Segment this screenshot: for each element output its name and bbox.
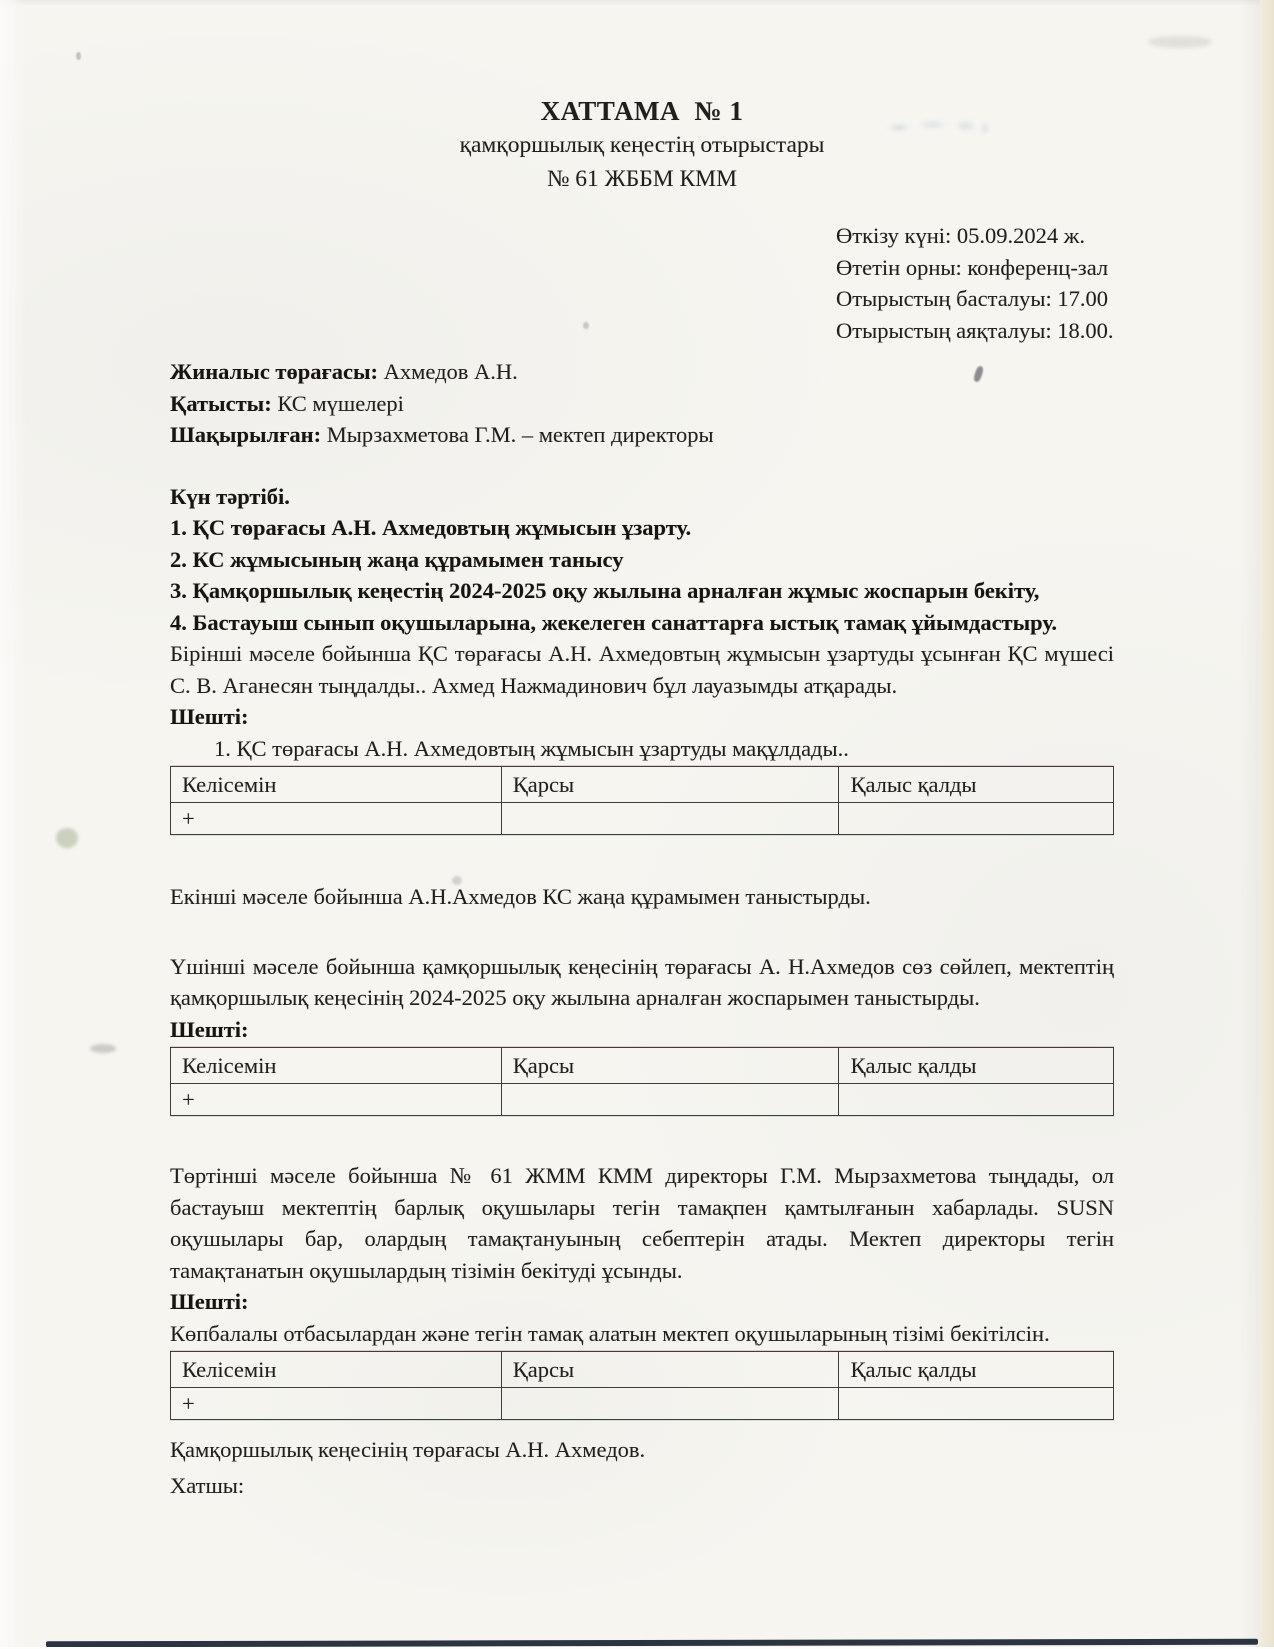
vote-table-2-header-against: Қарсы	[501, 1048, 839, 1084]
vote-table-2-abstained-value	[839, 1084, 1114, 1116]
agenda-item-3: 3. Қамқоршылық кеңестің 2024-2025 оқу жы…	[170, 575, 1114, 607]
scan-artifact-speck	[583, 322, 589, 329]
agenda-block: Күн тәртібі. 1. ҚС төрағасы А.Н. Ахмедов…	[170, 481, 1114, 639]
issue-4-paragraph: Төртінші мәселе бойынша № 61 ЖММ КММ дир…	[170, 1160, 1114, 1286]
resolution-3-heading: Шешті:	[170, 1014, 1114, 1046]
scan-artifact-green-smudge	[56, 828, 78, 848]
agenda-item-4: 4. Бастауыш сынып оқушыларына, жекелеген…	[170, 607, 1114, 639]
meeting-place: Өтетін орны: конференц-зал	[836, 252, 1114, 284]
resolution-1-item: 1. ҚС төрағасы А.Н. Ахмедовтың жұмысын ұ…	[170, 733, 1114, 765]
document-content: ХАТТАМА № 1 қамқоршылық кеңестің отырыст…	[170, 0, 1114, 1501]
resolution-1-heading: Шешті:	[170, 701, 1114, 733]
scanned-protocol-page: ХАТТАМА № 1 қамқоршылық кеңестің отырыст…	[0, 0, 1274, 1649]
signature-block: Қамқоршылық кеңесінің төрағасы А.Н. Ахме…	[170, 1434, 1114, 1501]
vote-table-3-header-abstained: Қалыс қалды	[839, 1352, 1114, 1388]
vote-table-3-header-agree: Келісемін	[171, 1352, 502, 1388]
vote-table-3-abstained-value	[839, 1388, 1114, 1420]
vote-table-1-agree-value: +	[171, 803, 502, 835]
scan-artifact-speck	[76, 52, 81, 60]
agenda-heading: Күн тәртібі.	[170, 481, 1114, 513]
participant-invited-value: Мырзахметова Г.М. – мектеп директоры	[321, 422, 713, 447]
vote-table-1-against-value	[501, 803, 839, 835]
vote-table-2-header-row: Келісемін Қарсы Қалыс қалды	[171, 1048, 1114, 1084]
participant-attendees-value: КС мүшелері	[272, 391, 404, 416]
vote-table-1-header-abstained: Қалыс қалды	[839, 767, 1114, 803]
scan-artifact-faint-scribble	[882, 112, 994, 140]
participant-attendees: Қатысты: КС мүшелері	[170, 388, 1114, 420]
scan-artifact-speck	[452, 876, 462, 885]
vote-table-3-against-value	[501, 1388, 839, 1420]
participant-attendees-label: Қатысты:	[170, 391, 272, 416]
meeting-end-time: Отырыстың аяқталуы: 18.00.	[836, 315, 1114, 347]
scan-edge-left	[0, 0, 26, 1649]
scan-edge-right	[1260, 0, 1274, 1649]
participant-invited-label: Шақырылған:	[170, 422, 321, 447]
issue-1-paragraph: Бірінші мәселе бойынша ҚС төрағасы А.Н. …	[170, 638, 1114, 701]
vote-table-2-header-agree: Келісемін	[171, 1048, 502, 1084]
title-block: ХАТТАМА № 1 қамқоршылық кеңестің отырыст…	[170, 94, 1114, 196]
document-subtitle-2: № 61 ЖББМ КММ	[170, 162, 1114, 196]
vote-table-1: Келісемін Қарсы Қалыс қалды +	[170, 766, 1114, 835]
vote-table-3-header-against: Қарсы	[501, 1352, 839, 1388]
scan-artifact-corner-smudge	[1148, 36, 1212, 48]
resolution-4-text: Көпбалалы отбасылардан және тегін тамақ …	[170, 1318, 1114, 1350]
vote-table-2-data-row: +	[171, 1084, 1114, 1116]
agenda-item-1: 1. ҚС төрағасы А.Н. Ахмедовтың жұмысын ұ…	[170, 512, 1114, 544]
signature-secretary: Хатшы:	[170, 1470, 1114, 1502]
vote-table-3-agree-value: +	[171, 1388, 502, 1420]
issue-3-paragraph: Үшінші мәселе бойынша қамқоршылық кеңесі…	[170, 951, 1114, 1014]
participants-block: Жиналыс төрағасы: Ахмедов А.Н. Қатысты: …	[170, 356, 1114, 451]
meeting-meta-block: Өткізу күні: 05.09.2024 ж. Өтетін орны: …	[836, 220, 1114, 346]
vote-table-3: Келісемін Қарсы Қалыс қалды +	[170, 1351, 1114, 1420]
vote-table-2-agree-value: +	[171, 1084, 502, 1116]
vote-table-3-header-row: Келісемін Қарсы Қалыс қалды	[171, 1352, 1114, 1388]
signature-chairman: Қамқоршылық кеңесінің төрағасы А.Н. Ахме…	[170, 1434, 1114, 1466]
participant-invited: Шақырылған: Мырзахметова Г.М. – мектеп д…	[170, 419, 1114, 451]
participant-chairman: Жиналыс төрағасы: Ахмедов А.Н.	[170, 356, 1114, 388]
vote-table-1-header-row: Келісемін Қарсы Қалыс қалды	[171, 767, 1114, 803]
vote-table-1-header-against: Қарсы	[501, 767, 839, 803]
participant-chairman-value: Ахмедов А.Н.	[378, 359, 518, 384]
issue-2-paragraph: Екінші мәселе бойынша А.Н.Ахмедов КС жаң…	[170, 881, 1114, 913]
meeting-date: Өткізу күні: 05.09.2024 ж.	[836, 220, 1114, 252]
vote-table-1-header-agree: Келісемін	[171, 767, 502, 803]
agenda-item-2: 2. КС жұмысының жаңа құрамымен танысу	[170, 544, 1114, 576]
vote-table-1-abstained-value	[839, 803, 1114, 835]
meeting-start-time: Отырыстың басталуы: 17.00	[836, 283, 1114, 315]
scan-edge-bottom-line	[46, 1639, 1258, 1648]
resolution-4-heading: Шешті:	[170, 1286, 1114, 1318]
vote-table-2-header-abstained: Қалыс қалды	[839, 1048, 1114, 1084]
scan-edge-right-shadow	[1240, 0, 1260, 1649]
scan-artifact-gray-dash	[90, 1044, 116, 1053]
vote-table-2: Келісемін Қарсы Қалыс қалды +	[170, 1047, 1114, 1116]
participant-chairman-label: Жиналыс төрағасы:	[170, 359, 378, 384]
vote-table-1-data-row: +	[171, 803, 1114, 835]
vote-table-3-data-row: +	[171, 1388, 1114, 1420]
vote-table-2-against-value	[501, 1084, 839, 1116]
